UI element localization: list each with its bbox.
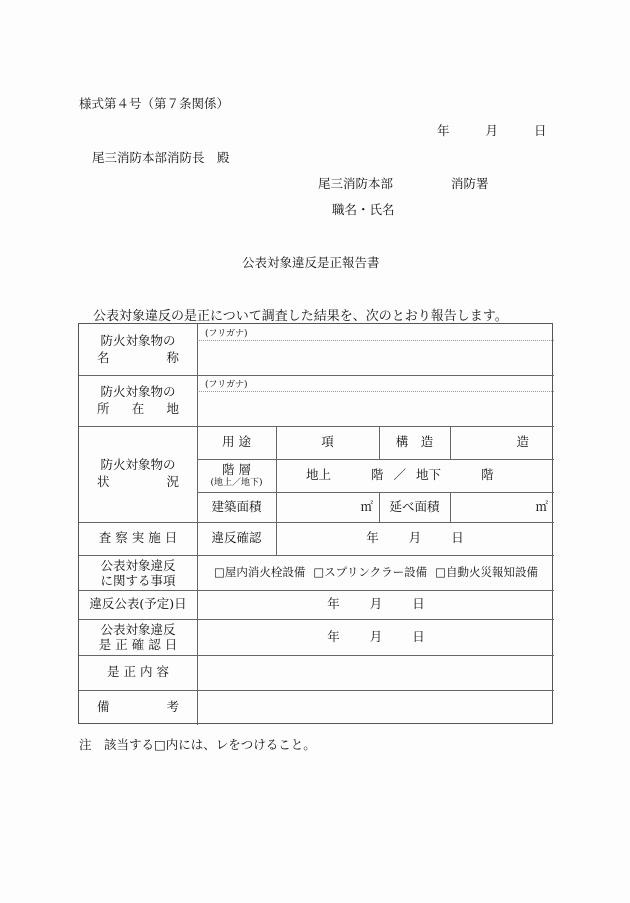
remarks-label: 備 考 [79, 690, 197, 725]
report-table: 防火対象物の 名称 (フリガナ) 防火対象物の 所在地 (フリガナ) 防火対象物… [78, 323, 553, 724]
correction-confirm-date-field[interactable]: 年 月 日 [198, 619, 554, 655]
violation-matters-options: □屋内消火栓設備 □スプリンクラー設備 □自動火災報知設備 [198, 555, 554, 590]
submission-date: 年 月 日 [437, 121, 546, 139]
name-label: 防火対象物の 名称 [79, 324, 197, 375]
sender-org: 尾三消防本部 消防署 [318, 174, 489, 192]
name-field[interactable] [198, 341, 554, 375]
intro-text: 公表対象違反の是正について調査した結果を、次のとおり報告します。 [93, 305, 508, 324]
violation-matters-label: 公表対象違反 に関する事項 [79, 555, 197, 590]
correction-content-label: 是 正 内 容 [79, 655, 197, 690]
inspection-date-label: 査 察 実 施 日 [79, 522, 197, 555]
checkbox-indoor-hydrant[interactable]: □屋内消火栓設備 [214, 565, 305, 581]
name-furigana-field[interactable] [198, 324, 554, 340]
checkbox-fire-alarm[interactable]: □自動火災報知設備 [435, 565, 538, 581]
structure-field[interactable]: 造 [450, 426, 554, 459]
addressee: 尾三消防本部消防長 殿 [92, 148, 230, 166]
publication-date-label: 違反公表(予定)日 [79, 590, 197, 619]
correction-content-field[interactable] [198, 655, 554, 690]
structure-label: 構 造 [379, 426, 450, 459]
footnote: 注 該当する□内には、レをつけること。 [79, 735, 316, 753]
address-label: 防火対象物の 所在地 [79, 375, 197, 426]
building-area-label: 建築面積 [197, 492, 276, 522]
status-label: 防火対象物の 状況 [79, 426, 197, 522]
violation-confirm-date-field[interactable]: 年 月 日 [276, 522, 554, 555]
document-title: 公表対象違反是正報告書 [242, 253, 380, 271]
correction-confirm-date-label: 公表対象違反 是 正 確 認 日 [79, 619, 197, 655]
use-label: 用 途 [197, 426, 276, 459]
form-number: 様式第４号（第７条関係） [79, 94, 229, 112]
checkbox-sprinkler[interactable]: □スプリンクラー設備 [313, 565, 427, 581]
total-area-label: 延べ面積 [379, 492, 450, 522]
address-furigana-field[interactable] [198, 375, 554, 391]
floors-label: 階 層 (地上／地下) [197, 459, 276, 492]
total-area-field[interactable]: ㎡ [450, 492, 554, 522]
violation-confirm-label: 違反確認 [197, 522, 276, 555]
floors-field[interactable]: 地上 階 ／ 地下 階 [276, 459, 554, 492]
building-area-field[interactable]: ㎡ [276, 492, 379, 522]
use-field[interactable]: 項 [276, 426, 379, 459]
sender-title: 職名・氏名 [332, 200, 395, 218]
publication-date-field[interactable]: 年 月 日 [198, 590, 554, 619]
remarks-field[interactable] [198, 690, 554, 725]
address-field[interactable] [198, 392, 554, 426]
